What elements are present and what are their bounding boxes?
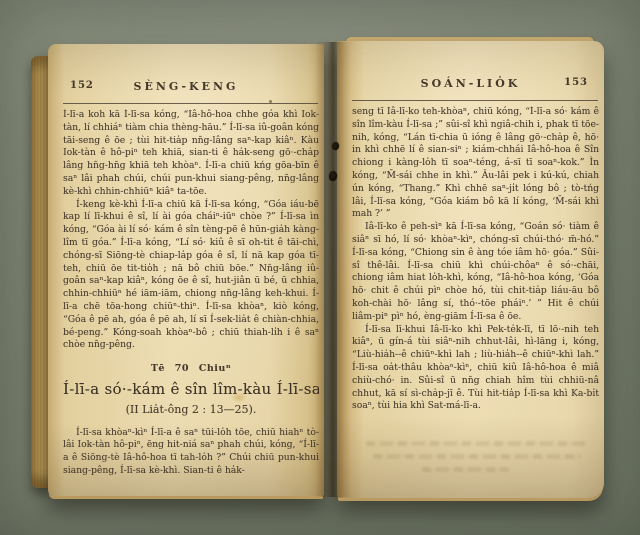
paragraph: Í-lī-sa khòaⁿ-kìⁿ Í-lī-a ê saⁿ tūi-lo̍h … (63, 427, 319, 478)
paragraph: seng tī Iâ-lī-ko teh-khòaⁿ, chiū kóng, “… (352, 106, 599, 221)
right-header-rule (352, 100, 598, 101)
left-page: 152 SÈNG-KENG Í-lī-a koh kā Í-lī-sa kóng… (48, 44, 324, 496)
paragraph: Iâ-lī-ko ê peh-sìⁿ kā Í-lī-sa kóng, “Goá… (352, 221, 599, 323)
paragraph: Í-lī-sa lī-khui Iâ-lī-ko khì Pek-te̍k-lī… (352, 324, 599, 414)
right-running-head: SOÁN-LIO̍K 153 (337, 77, 604, 93)
right-page-number: 153 (564, 77, 588, 88)
photographed-book-scene: 152 SÈNG-KENG Í-lī-a koh kā Í-lī-sa kóng… (0, 0, 640, 535)
chapter-title: Í-lī-a só·-kám ê sîn lîm-kàu Í-lī-sa (63, 383, 319, 396)
paragraph: Í-keng kè-khì Í-lī-a chiū kā Í-lī-sa kón… (63, 199, 319, 353)
left-body-text: Í-lī-a koh kā Í-lī-sa kóng, “Iâ-hô-hoa c… (63, 109, 319, 488)
ink-blot (329, 171, 337, 181)
ink-blot (332, 142, 339, 150)
chapter-number-heading: Tē 70 Chiuⁿ (63, 363, 319, 376)
right-body-text: seng tī Iâ-lī-ko teh-khòaⁿ, chiū kóng, “… (352, 106, 599, 490)
left-header-rule (63, 103, 318, 104)
left-running-title: SÈNG-KENG (48, 80, 324, 93)
left-running-head: 152 SÈNG-KENG (48, 80, 324, 96)
paragraph: Í-lī-a koh kā Í-lī-sa kóng, “Iâ-hô-hoa c… (63, 109, 319, 199)
right-page: SOÁN-LIO̍K 153 seng tī Iâ-lī-ko teh-khòa… (337, 41, 604, 498)
ink-speck (269, 100, 272, 103)
chapter-scripture-reference: (II Lia̍t-ông 2 : 13—25). (63, 404, 319, 417)
